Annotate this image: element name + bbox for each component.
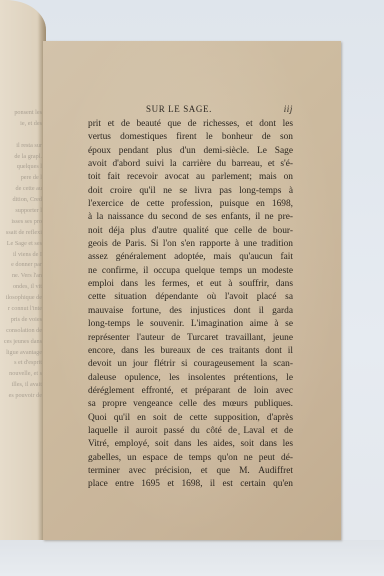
text-line: sa propre vengeance celle des mœurs publ… [88,398,293,411]
text-line: mauvaise fortune, des injustices dont il… [88,305,293,318]
left-line: isses ses pro [0,217,42,228]
text-line: terminer avec précision, et que M. Audif… [88,465,293,478]
left-line: ligue avantage [0,348,42,359]
left-line: quelques l [0,162,42,173]
text-line: daleuse opulence, les insolentes prétent… [88,372,293,385]
text-line: toit fait recevoir avocat au parlement; … [88,171,293,184]
table-surface [0,540,384,576]
left-page-partial-text: ponsent les ie, et des il resta sur de l… [0,108,42,402]
text-line: cette situation dépendante où l'avoit pl… [88,291,293,304]
text-line: l'exercice de cette profession, puisque … [88,198,293,211]
left-line: de la grapl. [0,152,42,163]
left-line: consolation de [0,326,42,337]
left-line: ne. Vers l'an [0,271,42,282]
text-line: déréglement effronté, et préparant de lo… [88,385,293,398]
page-mark [238,433,240,435]
text-line: vertus domestiques firent le bonheur de … [88,131,293,144]
text-line: place entre 1695 et 1698, il est certain… [88,478,293,491]
left-line [0,130,42,141]
body-text: prit et de beauté que de richesses, et d… [88,118,293,492]
text-line: Vitré, employé, soit dans les aides, soi… [88,438,293,451]
running-title: SUR LE SAGE. [146,104,212,114]
left-line: il viens de I [0,250,42,261]
text-line: gabelles, un espace de temps qu'on ne pe… [88,452,293,465]
text-line: encore, dans les bureaux de ces traitant… [88,345,293,358]
left-line: ponsent les [0,108,42,119]
left-line: pere de l [0,173,42,184]
left-line: de cette au [0,184,42,195]
left-line: illes, il avait [0,380,42,391]
left-line: es pouvoir de [0,391,42,402]
text-line: assez généralement adoptée, mais qu'aucu… [88,251,293,264]
left-line: dition, Cred [0,195,42,206]
left-line: ie, et des [0,119,42,130]
text-line: laquelle il auroit passé du côté de Lava… [88,425,293,438]
text-line: prit et de beauté que de richesses, et d… [88,118,293,131]
text-line: noit déja plus d'autre qualité que celle… [88,225,293,238]
text-line: geois de Paris. Si l'on s'en rapporte à … [88,238,293,251]
left-line: pris de voies [0,315,42,326]
text-line: à la naissance du second de ses enfants,… [88,211,293,224]
text-line: long-temps le souvenir. L'imagination ai… [88,318,293,331]
left-line: s et d'esprit [0,358,42,369]
left-line: r connut l'inte [0,304,42,315]
text-line: ne confirme, il occupa quelque temps un … [88,265,293,278]
page-number: iij [284,104,293,114]
left-line: ilosophique de [0,293,42,304]
left-line: ondes, il vit [0,282,42,293]
text-line: emploi dans les fermes, et eut à souffri… [88,278,293,291]
text-line: Quoi qu'il en soit de cette supposition,… [88,412,293,425]
left-line: supporter l [0,206,42,217]
text-line: doit croire qu'il ne se livra pas long-t… [88,185,293,198]
left-page: ponsent les ie, et des il resta sur de l… [0,0,46,560]
text-line: époux pendant plus d'un demi-siècle. Le … [88,145,293,158]
left-line: ces jeunes dans [0,337,42,348]
left-line: Le Sage et ses [0,239,42,250]
page-header: SUR LE SAGE. iij [88,104,293,118]
text-line: avoit d'abord suivi la carrière du barre… [88,158,293,171]
text-line: représenter l'auteur de Turcaret travail… [88,332,293,345]
left-line: e donner par [0,260,42,271]
left-line: il resta sur [0,141,42,152]
text-line: devoit un jour flétrir si courageusement… [88,358,293,371]
left-line: nouvelle, et s [0,369,42,380]
left-line: ssait de reflexi [0,228,42,239]
